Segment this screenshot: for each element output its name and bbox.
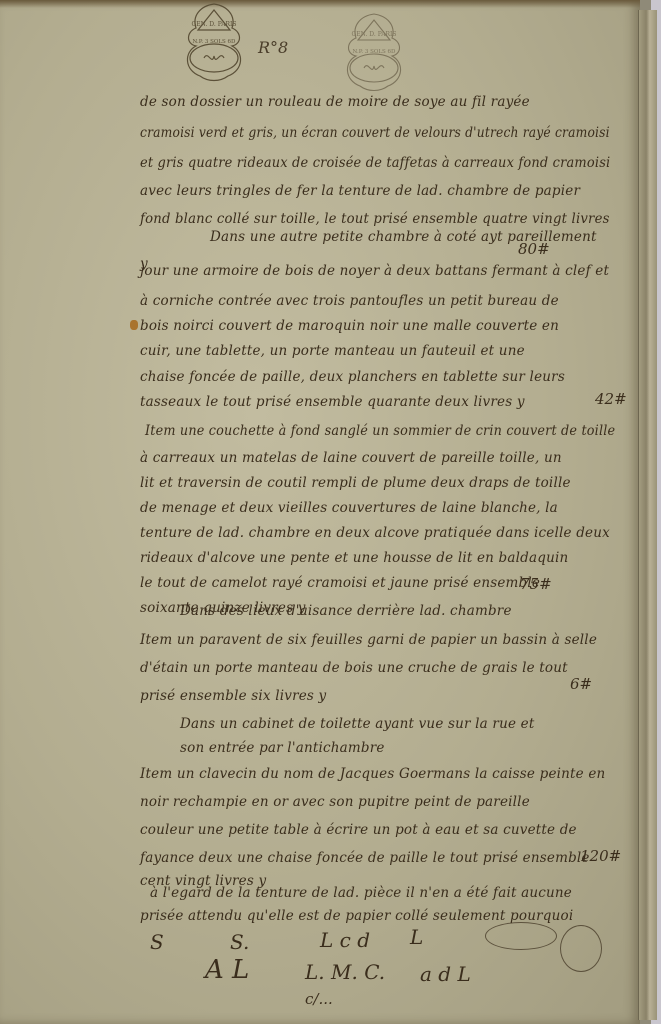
text-line: prisé ensemble six livres y: [140, 688, 326, 704]
page-top-edge: [0, 0, 640, 8]
text-line: de son dossier un rouleau de moire de so…: [140, 94, 530, 110]
signature: S.: [230, 930, 249, 954]
text-line: jour une armoire de bois de noyer à deux…: [140, 263, 609, 279]
section-heading: Dans un cabinet de toilette ayant vue su…: [180, 716, 534, 732]
svg-text:N.P. 3 SOLS 6D: N.P. 3 SOLS 6D: [193, 39, 236, 45]
tax-stamp: GEN. D. PARIS N.P. 3 SOLS 6D: [330, 10, 418, 96]
text-line: rideaux d'alcove une pente et une housse…: [140, 550, 568, 566]
text-line: chaise foncée de paille, deux planchers …: [140, 369, 565, 385]
folio-number: R°8: [258, 38, 288, 57]
ink-stain: [130, 320, 138, 330]
signature: c/...: [305, 990, 333, 1008]
section-heading: Dans une autre petite chambre à coté ayt…: [210, 229, 597, 245]
stamp-emblem-icon: GEN. D. PARIS N.P. 3 SOLS 6D: [330, 10, 418, 96]
text-line: à corniche contrée avec trois pantoufles…: [140, 293, 559, 309]
text-line: d'étain un porte manteau de bois une cru…: [140, 660, 568, 676]
signature: L c d: [320, 928, 370, 952]
text-line: prisée attendu qu'elle est de papier col…: [140, 908, 573, 924]
amount: 42#: [595, 390, 627, 408]
text-line: fayance deux une chaise foncée de paille…: [140, 850, 590, 866]
tax-stamp: GEN. D. PARIS N.P. 3 SOLS 6D: [170, 0, 258, 86]
section-heading: son entrée par l'antichambre: [180, 740, 385, 756]
text-line: le tout de camelot rayé cramoisi et jaun…: [140, 575, 540, 591]
amount: 120#: [580, 847, 621, 865]
text-line: cuir, une tablette, un porte manteau un …: [140, 343, 525, 359]
text-line: Item une couchette à fond sanglé un somm…: [145, 423, 615, 439]
section-heading: Dans des lieux d'aisance derrière lad. c…: [180, 603, 512, 619]
text-line: cramoisi verd et gris, un écran couvert …: [140, 125, 610, 141]
text-line: à carreaux un matelas de laine couvert d…: [140, 450, 562, 466]
amount: 75#: [520, 575, 552, 593]
signature: L. M. C.: [305, 960, 385, 984]
paraph-flourish: [560, 925, 602, 972]
svg-text:N.P. 3 SOLS 6D: N.P. 3 SOLS 6D: [353, 49, 396, 55]
book-spine-edge: [638, 10, 657, 1020]
text-line: fond blanc collé sur toille, le tout pri…: [140, 211, 610, 227]
text-line: à l'egard de la tenture de lad. pièce il…: [150, 885, 572, 901]
amount: 6#: [570, 675, 592, 693]
signature: S: [150, 930, 164, 954]
text-line: avec leurs tringles de fer la tenture de…: [140, 183, 580, 199]
signature: A L: [205, 955, 249, 985]
svg-text:GEN. D. PARIS: GEN. D. PARIS: [351, 31, 396, 38]
text-line: couleur une petite table à écrire un pot…: [140, 822, 577, 838]
stamp-emblem-icon: GEN. D. PARIS N.P. 3 SOLS 6D: [170, 0, 258, 86]
text-line: tasseaux le tout prisé ensemble quarante…: [140, 394, 525, 410]
text-line: bois noirci couvert de maroquin noir une…: [140, 318, 559, 334]
signature: L: [410, 925, 423, 949]
text-line: lit et traversin de coutil rempli de plu…: [140, 475, 571, 491]
text-line: de menage et deux vieilles couvertures d…: [140, 500, 558, 516]
text-line: Item un clavecin du nom de Jacques Goerm…: [140, 766, 605, 782]
text-line: noir rechampie en or avec son pupitre pe…: [140, 794, 530, 810]
text-line: Item un paravent de six feuilles garni d…: [140, 632, 597, 648]
svg-text:GEN. D. PARIS: GEN. D. PARIS: [191, 21, 236, 28]
text-line: et gris quatre rideaux de croisée de taf…: [140, 155, 610, 171]
manuscript-page: GEN. D. PARIS N.P. 3 SOLS 6D GEN. D. PAR…: [0, 0, 640, 1024]
paraph-flourish: [485, 922, 557, 950]
text-line: tenture de lad. chambre en deux alcove p…: [140, 525, 610, 541]
signature: a d L: [420, 962, 471, 986]
